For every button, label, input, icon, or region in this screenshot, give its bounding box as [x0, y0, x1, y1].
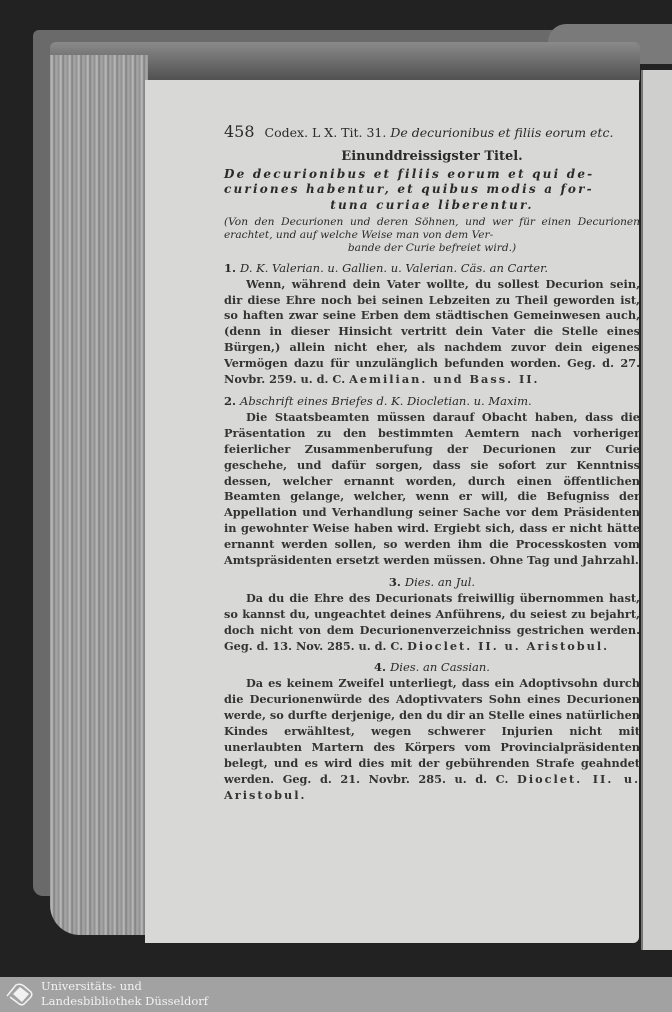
german-title-line-3: bande der Curie befreiet wird.) [224, 242, 640, 255]
section-4-text: Da es keinem Zweifel unterliegt, dass ei… [224, 676, 640, 803]
latin-title-line-3: tuna curiae liberentur. [224, 198, 640, 214]
german-title-line-1: (Von den Decurionen und deren Söhnen, un… [224, 216, 571, 228]
section-3-text: Da du die Ehre des Decurionats freiwilli… [224, 591, 640, 655]
section-2-text: Die Staatsbeamten müssen darauf Obacht h… [224, 410, 640, 569]
section-2-heading: 2.Abschrift eines Briefes d. K. Diocleti… [224, 394, 640, 410]
right-page-edge [641, 70, 672, 950]
chapter-heading: Einunddreissigster Titel. [224, 149, 640, 165]
german-title: (Von den Decurionen und deren Söhnen, un… [224, 216, 640, 255]
section-1-heading: 1.D. K. Valerian. u. Gallien. u. Valeria… [224, 261, 640, 277]
page-number: 458 [224, 122, 255, 141]
section-title: Dies. an Cassian. [390, 660, 490, 674]
section-1-text: Wenn, während dein Vater wollte, du soll… [224, 277, 640, 388]
library-name: Universitäts- und Landesbibliothek Düsse… [41, 979, 208, 1009]
codex-ref: Codex. L X. Tit. 31. [265, 125, 387, 140]
library-footer: Universitäts- und Landesbibliothek Düsse… [0, 977, 672, 1012]
section-number: 3. [389, 575, 401, 589]
scan-background: 458 Codex. L X. Tit. 31. De decurionibus… [0, 0, 672, 977]
section-number: 4. [374, 660, 386, 674]
library-name-line-2: Landesbibliothek Düsseldorf [41, 994, 208, 1009]
page-block-side-edge [50, 55, 148, 935]
section-title: Abschrift eines Briefes d. K. Diocletian… [240, 394, 532, 408]
consul-names: Dioclet. II. u. Aristobul. [407, 639, 609, 653]
library-name-line-1: Universitäts- und [41, 979, 208, 994]
running-title: De decurionibus et filiis eorum etc. [390, 125, 613, 140]
section-title: Dies. an Jul. [405, 575, 475, 589]
section-3-heading: 3.Dies. an Jul. [224, 575, 640, 591]
section-title: D. K. Valerian. u. Gallien. u. Valerian.… [240, 261, 548, 275]
running-head: 458 Codex. L X. Tit. 31. De decurionibus… [224, 124, 640, 141]
section-number: 2. [224, 394, 236, 408]
paragraph-text: Da es keinem Zweifel unterliegt, dass ei… [224, 676, 640, 785]
consul-names: Aemilian. und Bass. II. [349, 372, 539, 386]
latin-title-line-2: curiones habentur, et quibus modis a for… [224, 182, 640, 198]
latin-title-line-1: De decurionibus et filiis eorum et qui d… [224, 167, 640, 183]
paragraph-text: Wenn, während dein Vater wollte, du soll… [224, 277, 640, 386]
section-4-heading: 4.Dies. an Cassian. [224, 660, 640, 676]
book-logo-icon [4, 982, 34, 1006]
section-number: 1. [224, 261, 236, 275]
paragraph-text: Die Staatsbeamten müssen darauf Obacht h… [224, 410, 640, 567]
page-content: 458 Codex. L X. Tit. 31. De decurionibus… [224, 124, 640, 804]
